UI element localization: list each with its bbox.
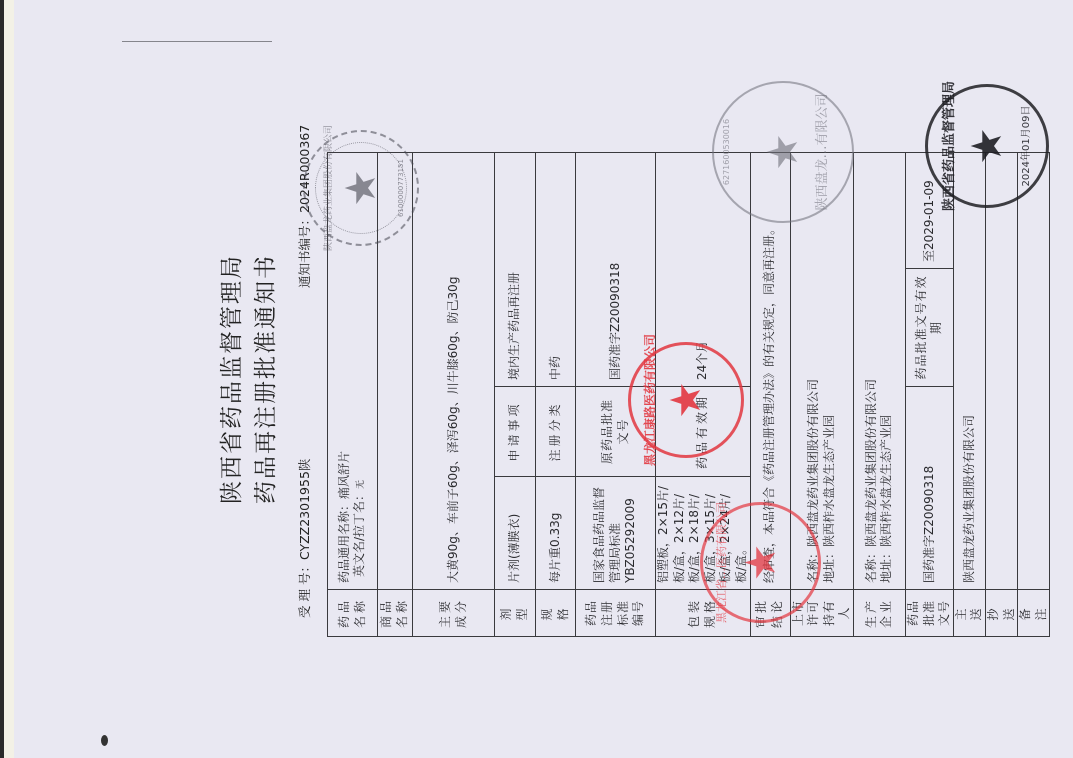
table-row: 包装规格 铝塑板，2×15片/板/盒，2×12片/板/盒，2×18片/板/盒，3… — [656, 152, 751, 636]
manufacturer-name-label: 名称： — [864, 547, 878, 583]
notice-number: 通知书编号：2024R000367 — [295, 125, 313, 288]
mah-cell: 名称：陕西盘龙药业集团股份有限公司 地址：陕西柞水盘龙生态产业园 — [790, 152, 853, 589]
reg-class-label: 注册分类 — [536, 387, 576, 477]
table-row: 药品名称 药品通用名称：痛风舒片 英文名/拉丁名：无 — [328, 152, 378, 636]
table-row: 审批结论 经审查，本品符合《药品注册管理办法》的有关规定，同意再注册。 — [750, 152, 790, 636]
acceptance-number-value: CYZZ2301955陕 — [297, 459, 312, 560]
approval-validity-value: 至2029-01-09 — [905, 152, 953, 268]
table-row: 主 送 陕西盘龙药业集团股份有限公司 — [953, 152, 985, 636]
manufacturer-cell: 名称：陕西盘龙药业集团股份有限公司 地址：陕西柞水盘龙生态产业园 — [853, 152, 905, 589]
doc-title: 药品再注册批准通知书 — [247, 0, 280, 758]
remarks-value — [1018, 152, 1050, 589]
drug-name-cell: 药品通用名称：痛风舒片 英文名/拉丁名：无 — [328, 152, 378, 589]
approval-no-label: 药品批准文号 — [905, 590, 953, 637]
table-row: 主要成分 大黄90g、车前子60g、泽泻60g、川牛膝60g、防己30g — [413, 152, 495, 636]
manufacturer-name-value: 陕西盘龙药业集团股份有限公司 — [864, 379, 878, 547]
mah-name-label: 名称： — [806, 547, 820, 583]
dosage-form-value: 片剂(薄膜衣) — [495, 477, 536, 590]
shelf-life-value: 24个月 — [656, 152, 751, 386]
table-row: 抄 送 — [985, 152, 1017, 636]
ingredients-value: 大黄90g、车前子60g、泽泻60g、川牛膝60g、防己30g — [413, 152, 495, 589]
cc-value — [985, 152, 1017, 589]
packaging-label: 包装规格 — [656, 590, 751, 637]
notice-number-label: 通知书编号： — [297, 213, 312, 288]
orig-approval-value: 国药准字Z20090318 — [576, 152, 656, 386]
spec-value: 每片重0.33g — [536, 477, 576, 590]
mah-address-label: 地址： — [822, 547, 836, 583]
standard-label: 药品注册标准编号 — [576, 590, 656, 637]
mah-name-value: 陕西盘龙药业集团股份有限公司 — [806, 379, 820, 547]
manufacturer-address-label: 地址： — [879, 547, 893, 583]
manufacturer-address-value: 陕西柞水盘龙生态产业园 — [879, 415, 893, 547]
trade-name-label: 商品名称 — [378, 590, 413, 637]
packaging-value: 铝塑板，2×15片/板/盒，2×12片/板/盒，2×18片/板/盒，3×15片/… — [656, 477, 751, 590]
trade-name-value — [378, 152, 413, 589]
notice-number-value: 2024R000367 — [297, 125, 312, 213]
application-item-label: 申请事项 — [495, 387, 536, 477]
manufacturer-label: 生产企业 — [853, 590, 905, 637]
conclusion-value: 经审查，本品符合《药品注册管理办法》的有关规定，同意再注册。 — [750, 152, 790, 589]
mah-address-value: 陕西柞水盘龙生态产业园 — [822, 415, 836, 547]
acceptance-number: 受 理 号：CYZZ2301955陕 — [295, 459, 313, 618]
conclusion-label: 审批结论 — [750, 590, 790, 637]
english-name-value: 无 — [356, 480, 366, 489]
acceptance-number-label: 受 理 号： — [297, 560, 312, 618]
table-row: 剂 型 片剂(薄膜衣) 申请事项 境内生产药品再注册 — [495, 152, 536, 636]
approval-validity-label: 药品批准文号有效期 — [905, 269, 953, 387]
generic-name-label: 药品通用名称： — [337, 499, 351, 583]
table-row: 备 注 — [1018, 152, 1050, 636]
send-to-label: 主 送 — [953, 590, 985, 637]
generic-name-value: 痛风舒片 — [337, 451, 351, 499]
table-row: 药品注册标准编号 国家食品药品监督管理局标准YBZ05292009 原药品批准文… — [576, 152, 656, 636]
table-row: 生产企业 名称：陕西盘龙药业集团股份有限公司 地址：陕西柞水盘龙生态产业园 — [853, 152, 905, 636]
mah-label: 上市许可持有人 — [790, 590, 853, 637]
reg-class-value: 中药 — [536, 152, 576, 386]
application-item-value: 境内生产药品再注册 — [495, 152, 536, 386]
notice-page: 陕西省药品监督管理局 药品再注册批准通知书 受 理 号：CYZZ2301955陕… — [0, 0, 1073, 758]
table-row: 药品批准文号 国药准字Z20090318 药品批准文号有效期 至2029-01-… — [905, 152, 953, 636]
remarks-label: 备 注 — [1018, 590, 1050, 637]
registration-table: 药品名称 药品通用名称：痛风舒片 英文名/拉丁名：无 商品名称 主要成分 大黄9… — [327, 152, 1050, 637]
send-to-value: 陕西盘龙药业集团股份有限公司 — [953, 152, 985, 589]
table-row: 规 格 每片重0.33g 注册分类 中药 — [536, 152, 576, 636]
table-row: 上市许可持有人 名称：陕西盘龙药业集团股份有限公司 地址：陕西柞水盘龙生态产业园 — [790, 152, 853, 636]
english-name-label: 英文名/拉丁名： — [352, 489, 366, 577]
standard-value: 国家食品药品监督管理局标准YBZ05292009 — [576, 477, 656, 590]
dosage-form-label: 剂 型 — [495, 590, 536, 637]
cc-label: 抄 送 — [985, 590, 1017, 637]
drug-name-label: 药品名称 — [328, 590, 378, 637]
approval-no-value: 国药准字Z20090318 — [905, 387, 953, 590]
shelf-life-label: 药品有效期 — [656, 387, 751, 477]
doc-title-agency: 陕西省药品监督管理局 — [213, 0, 246, 758]
table-row: 商品名称 — [378, 152, 413, 636]
orig-approval-label: 原药品批准文号 — [576, 387, 656, 477]
spec-label: 规 格 — [536, 590, 576, 637]
ingredients-label: 主要成分 — [413, 590, 495, 637]
